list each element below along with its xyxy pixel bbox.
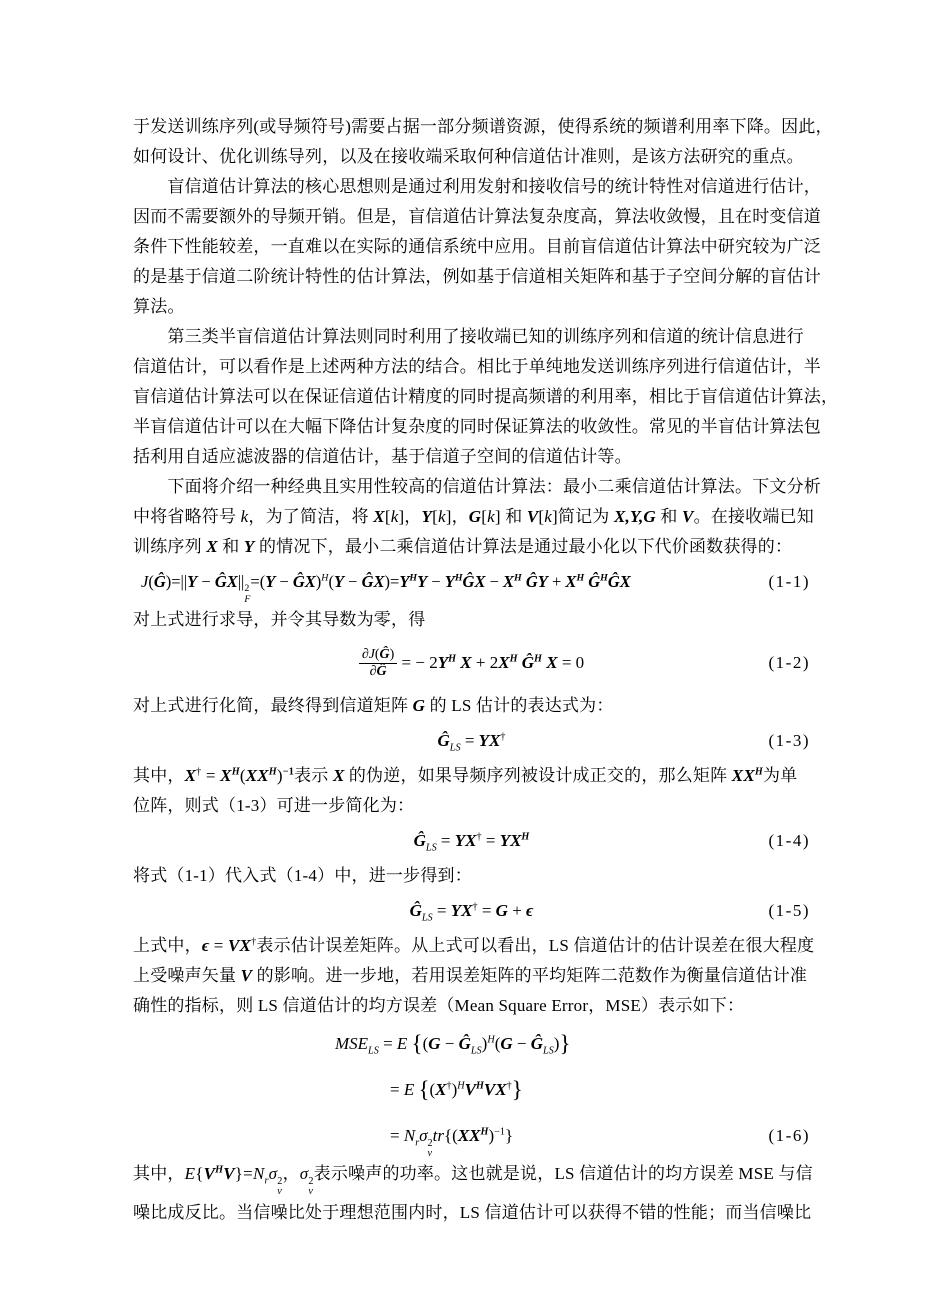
text-line: 的是基于信道二阶统计特性的估计算法，例如基于信道相关矩阵和基于子空间分解的盲估计: [133, 262, 810, 292]
text-line: 中将省略符号 k，为了简洁，将 X[k]，Y[k]，G[k] 和 V[k]简记为…: [133, 502, 810, 532]
equation-body: ĜLS = YX† = G + ϵ: [410, 901, 534, 920]
equation-body: = E {(X†)HVHVX†}: [390, 1080, 523, 1099]
equation-number: (1-3): [769, 721, 810, 761]
text-line: 算法。: [133, 292, 810, 322]
text-line: 如何设计、优化训练导列，以及在接收端采取何种信道估计准则，是该方法研究的重点。: [133, 142, 810, 172]
text-line: 训练序列 X 和 Y 的情况下，最小二乘信道估计算法是通过最小化以下代价函数获得…: [133, 532, 810, 562]
text-line: 条件下性能较差，一直难以在实际的通信系统中应用。目前盲信道估计算法中研究较为广泛: [133, 232, 810, 262]
text-line: 确性的指标，则 LS 信道估计的均方误差（Mean Square Error，M…: [133, 991, 810, 1021]
equation-line: MSELS = E {(G − ĜLS)H(G − ĜLS)}: [133, 1021, 810, 1067]
equation-line: ĜLS = YX† = YXH(1-4): [133, 821, 810, 861]
text-line: 其中，X† = XH(XXH)−1表示 X 的伪逆，如果导频序列被设计成正交的，…: [133, 761, 810, 791]
text-line: 噪比成反比。当信噪比处于理想范围内时，LS 信道估计可以获得不错的性能；而当信噪…: [133, 1198, 810, 1228]
text-line: 下面将介绍一种经典且实用性较高的信道估计算法：最小二乘信道估计算法。下文分析: [133, 472, 810, 502]
text-line: 对上式进行求导，并令其导数为零，得: [133, 605, 810, 635]
text-line: 信道估计，可以看作是上述两种方法的结合。相比于单纯地发送训练序列进行信道估计，半: [133, 352, 810, 382]
text-line: 括利用自适应滤波器的信道估计，基于信道子空间的信道估计等。: [133, 442, 810, 472]
text-line: 将式（1-1）代入式（1-4）中，进一步得到：: [133, 861, 810, 891]
text-line: 于发送训练序列(或导频符号)需要占据一部分频谱资源，使得系统的频谱利用率下降。因…: [133, 112, 810, 142]
equation-body: ∂J(Ĝ)∂Ĝ = − 2YH X + 2XH ĜH X = 0: [359, 653, 584, 672]
equation-number: (1-2): [769, 635, 810, 691]
equation-body: J(Ĝ)=||Y − ĜX||2F=(Y − ĜX)H(Y − ĜX)=YHY …: [141, 572, 631, 591]
text-line: 上式中，ϵ = VX†表示估计误差矩阵。从上式可以看出，LS 信道估计的估计误差…: [133, 931, 810, 961]
text-line: 半盲信道估计可以在大幅下降估计复杂度的同时保证算法的收敛性。常见的半盲估计算法包: [133, 412, 810, 442]
equation-line: J(Ĝ)=||Y − ĜX||2F=(Y − ĜX)H(Y − ĜX)=YHY …: [133, 562, 810, 605]
text-line: 上受噪声矢量 V 的影响。进一步地，若用误差矩阵的平均矩阵二范数作为衡量信道估计…: [133, 961, 810, 991]
document-content: 于发送训练序列(或导频符号)需要占据一部分频谱资源，使得系统的频谱利用率下降。因…: [133, 112, 810, 1228]
equation-body: MSELS = E {(G − ĜLS)H(G − ĜLS)}: [335, 1034, 570, 1053]
text-line: 因而不需要额外的导频开销。但是，盲信道估计算法复杂度高，算法收敛慢，且在时变信道: [133, 202, 810, 232]
equation-line: ĜLS = YX†(1-3): [133, 721, 810, 761]
equation-line: ĜLS = YX† = G + ϵ(1-5): [133, 891, 810, 931]
equation-line: = E {(X†)HVHVX†}: [133, 1067, 810, 1113]
equation-body: = Nrσ2vtr{(XXH)−1}: [390, 1126, 513, 1145]
equation-number: (1-5): [769, 891, 810, 931]
equation-body: ĜLS = YX† = YXH: [414, 831, 530, 850]
text-line: 位阵，则式（1-3）可进一步简化为：: [133, 791, 810, 821]
text-line: 对上式进行化简，最终得到信道矩阵 G 的 LS 估计的表达式为：: [133, 691, 810, 721]
equation-number: (1-4): [769, 821, 810, 861]
equation-body: ĜLS = YX†: [438, 731, 506, 750]
text-line: 其中，E{VHV}=Nrσ2v，σ2v表示噪声的功率。这也就是说，LS 信道估计…: [133, 1159, 810, 1197]
text-line: 盲信道估计算法的核心思想则是通过利用发射和接收信号的统计特性对信道进行估计，: [133, 172, 810, 202]
equation-number: (1-6): [769, 1113, 810, 1159]
equation-line: ∂J(Ĝ)∂Ĝ = − 2YH X + 2XH ĜH X = 0(1-2): [133, 635, 810, 691]
document-page: 于发送训练序列(或导频符号)需要占据一部分频谱资源，使得系统的频谱利用率下降。因…: [0, 0, 925, 1309]
equation-number: (1-1): [769, 562, 810, 602]
text-line: 盲信道估计算法可以在保证信道估计精度的同时提高频谱的利用率，相比于盲信道估计算法…: [133, 382, 810, 412]
equation-line: = Nrσ2vtr{(XXH)−1}(1-6): [133, 1113, 810, 1159]
text-line: 第三类半盲信道估计算法则同时利用了接收端已知的训练序列和信道的统计信息进行: [133, 322, 810, 352]
